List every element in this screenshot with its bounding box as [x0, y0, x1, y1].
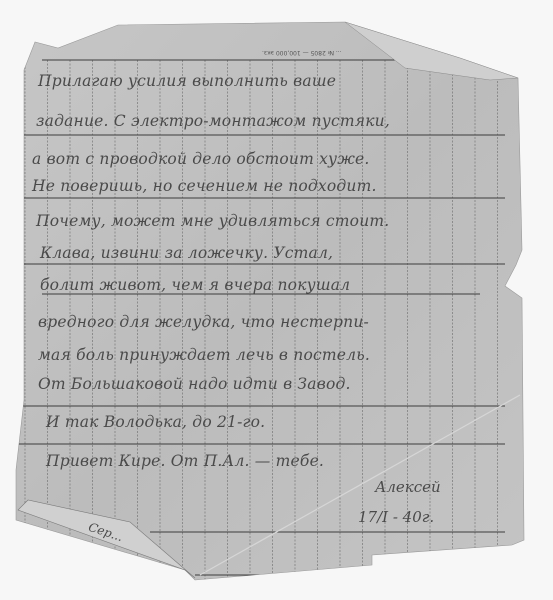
letter-line: Клава, извини за ложечку. Устал,	[40, 244, 333, 262]
letter-line: вредного для желудка, что нестерпи-	[38, 313, 369, 331]
letter-line: И так Володька, до 21-го.	[46, 413, 265, 431]
letter-line: Почему, может мне удивляться стоит.	[36, 212, 389, 230]
letter-line: задание. С электро-монтажом пустяки,	[36, 112, 390, 130]
scanned-letter	[0, 0, 553, 600]
letter-line: болит живот, чем я вчера покушал	[40, 276, 350, 294]
letter-line: Привет Кире. От П.Ал. — тебе.	[46, 452, 324, 470]
letter-line: Не поверишь, но сечением не подходит.	[32, 177, 377, 195]
signature-name: Алексей	[375, 478, 441, 496]
letter-line: мая боль принуждает лечь в постель.	[38, 346, 370, 364]
letter-line: а вот с проводкой дело обстоит хуже.	[32, 150, 370, 168]
letter-line: Прилагаю усилия выполнить ваше	[38, 72, 336, 90]
signature-date: 17/I - 40г.	[358, 508, 434, 526]
print-mark: ... № 2805 — 100,000 экз.	[262, 49, 342, 56]
letter-line: От Большаковой надо идти в Завод.	[38, 375, 351, 393]
